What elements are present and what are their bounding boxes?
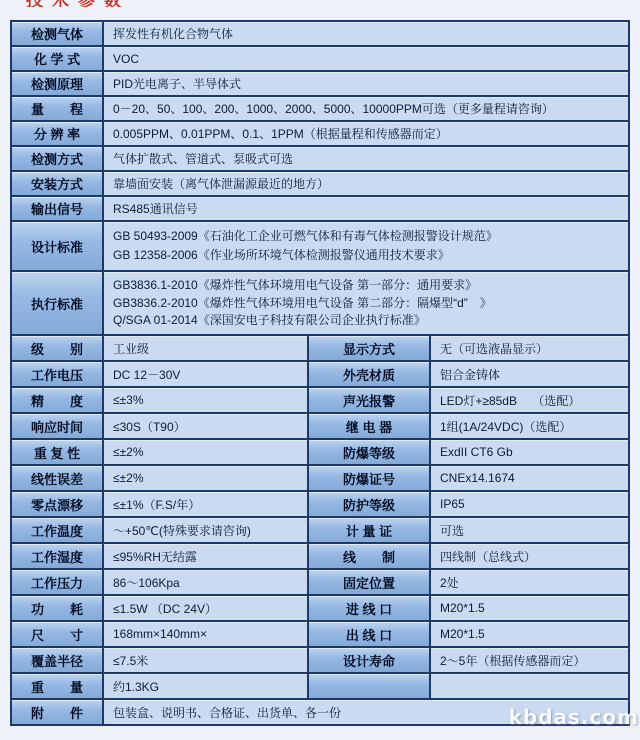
spec-value-cell: 可选: [431, 518, 628, 542]
spec-row: 检测原理PID光电离子、半导体式: [12, 72, 628, 95]
spec-row: 响应时间≤30S（T90）继 电 器1组(1A/24VDC)（选配）: [12, 414, 628, 438]
spec-label-cell: 量 程: [12, 97, 102, 120]
spec-value-cell: ～+50℃(特殊要求请咨询): [104, 518, 307, 542]
spec-row: 尺 寸168mm×140mm×出 线 口M20*1.5: [12, 622, 628, 646]
spec-value-cell: 工业级: [104, 336, 307, 360]
spec-value-cell: PID光电离子、半导体式: [104, 72, 628, 95]
spec-label-cell: 外壳材质: [309, 362, 429, 386]
spec-value-cell: GB 50493-2009《石油化工企业可燃气体和有毒气体检测报警设计规范》GB…: [104, 222, 628, 270]
page-heading-text: 技术参数: [26, 0, 246, 7]
spec-label-cell: 声光报警: [309, 388, 429, 412]
spec-value-line: GB 12358-2006《作业场所环境气体检测报警仪通用技术要求》: [113, 248, 450, 263]
spec-row: 输出信号RS485通讯信号: [12, 197, 628, 220]
spec-row: 功 耗≤1.5W （DC 24V）进 线 口M20*1.5: [12, 596, 628, 620]
spec-label-cell: 线 制: [309, 544, 429, 568]
spec-value-cell: CNEx14.1674: [431, 466, 628, 490]
spec-value-cell: 86～106Kpa: [104, 570, 307, 594]
spec-row: 工作温度～+50℃(特殊要求请咨询)计 量 证可选: [12, 518, 628, 542]
spec-label-cell: 工作压力: [12, 570, 102, 594]
spec-row: 工作压力86～106Kpa固定位置2处: [12, 570, 628, 594]
spec-value-cell: ≤1.5W （DC 24V）: [104, 596, 307, 620]
spec-label-cell: 安装方式: [12, 172, 102, 195]
spec-row: 精 度≤±3%声光报警LED灯+≥85dB （选配）: [12, 388, 628, 412]
spec-value-cell: ≤±2%: [104, 466, 307, 490]
spec-label-cell: 工作温度: [12, 518, 102, 542]
spec-label-cell: 工作湿度: [12, 544, 102, 568]
spec-row: 重 复 性≤±2%防爆等级ExdII CT6 Gb: [12, 440, 628, 464]
spec-label-cell: 响应时间: [12, 414, 102, 438]
spec-value-cell: ≤±2%: [104, 440, 307, 464]
watermark: kbdas.com: [509, 705, 639, 729]
spec-value-cell: DC 12－30V: [104, 362, 307, 386]
spec-table: 检测气体挥发性有机化合物气体化 学 式VOC检测原理PID光电离子、半导体式量 …: [10, 20, 630, 726]
spec-value-cell: 挥发性有机化合物气体: [104, 22, 628, 45]
spec-label-cell: 继 电 器: [309, 414, 429, 438]
spec-label-cell: 分 辨 率: [12, 122, 102, 145]
spec-row: 级 别工业级显示方式无（可选液晶显示）: [12, 336, 628, 360]
spec-value-cell: ≤30S（T90）: [104, 414, 307, 438]
spec-value-line: GB3836.1-2010《爆炸性气体环境用电气设备 第一部分：通用要求》: [113, 278, 477, 293]
spec-value-cell: 无（可选液晶显示）: [431, 336, 628, 360]
spec-value-cell: 0.005PPM、0.01PPM、0.1、1PPM（根据量程和传感器而定）: [104, 122, 628, 145]
spec-label-cell: 线性误差: [12, 466, 102, 490]
spec-label-cell: 尺 寸: [12, 622, 102, 646]
spec-value-line: Q/SGA 01-2014《深国安电子科技有限公司企业执行标准》: [113, 313, 426, 328]
spec-value-cell: 0－20、50、100、200、1000、2000、5000、10000PPM可…: [104, 97, 628, 120]
spec-row: 线性误差≤±2%防爆证号CNEx14.1674: [12, 466, 628, 490]
spec-label-cell: 显示方式: [309, 336, 429, 360]
spec-value-cell: 靠墙面安装（离气体泄漏源最近的地方）: [104, 172, 628, 195]
spec-value-cell: VOC: [104, 47, 628, 70]
spec-row: 执行标准GB3836.1-2010《爆炸性气体环境用电气设备 第一部分：通用要求…: [12, 272, 628, 334]
spec-value-cell: 四线制（总线式）: [431, 544, 628, 568]
spec-value-cell: ExdII CT6 Gb: [431, 440, 628, 464]
spec-row: 分 辨 率0.005PPM、0.01PPM、0.1、1PPM（根据量程和传感器而…: [12, 122, 628, 145]
spec-label-cell: 设计标准: [12, 222, 102, 270]
spec-value-cell: 约1.3KG: [104, 674, 307, 698]
spec-row: 零点漂移≤±1%（F.S/年）防护等级IP65: [12, 492, 628, 516]
spec-label-cell: 设计寿命: [309, 648, 429, 672]
spec-value-cell: 2处: [431, 570, 628, 594]
spec-label-cell: 工作电压: [12, 362, 102, 386]
spec-row: 量 程0－20、50、100、200、1000、2000、5000、10000P…: [12, 97, 628, 120]
spec-row: 工作湿度≤95%RH无结露线 制四线制（总线式）: [12, 544, 628, 568]
spec-label-cell: 化 学 式: [12, 47, 102, 70]
spec-value-cell: 168mm×140mm×: [104, 622, 307, 646]
spec-label-cell: 计 量 证: [309, 518, 429, 542]
spec-row: 化 学 式VOC: [12, 47, 628, 70]
spec-label-cell: 防爆等级: [309, 440, 429, 464]
spec-value-cell: 铝合金铸体: [431, 362, 628, 386]
page: 技术参数 检测气体挥发性有机化合物气体化 学 式VOC检测原理PID光电离子、半…: [0, 0, 640, 740]
spec-label-cell: 进 线 口: [309, 596, 429, 620]
spec-label-cell: 重 复 性: [12, 440, 102, 464]
spec-label-cell: 检测原理: [12, 72, 102, 95]
spec-label-cell: 重 量: [12, 674, 102, 698]
spec-value-cell: 气体扩散式、管道式、泵吸式可选: [104, 147, 628, 170]
spec-value-cell: ≤7.5米: [104, 648, 307, 672]
spec-value-cell: M20*1.5: [431, 622, 628, 646]
spec-label-cell: 检测方式: [12, 147, 102, 170]
spec-row: 工作电压DC 12－30V外壳材质铝合金铸体: [12, 362, 628, 386]
spec-row: 重 量约1.3KG: [12, 674, 628, 698]
spec-row: 安装方式靠墙面安装（离气体泄漏源最近的地方）: [12, 172, 628, 195]
spec-value-cell: LED灯+≥85dB （选配）: [431, 388, 628, 412]
spec-row: 覆盖半径≤7.5米设计寿命2～5年（根据传感器而定）: [12, 648, 628, 672]
spec-value-cell: 2～5年（根据传感器而定）: [431, 648, 628, 672]
spec-value-cell: 1组(1A/24VDC)（选配）: [431, 414, 628, 438]
spec-row: 检测方式气体扩散式、管道式、泵吸式可选: [12, 147, 628, 170]
spec-label-cell: 功 耗: [12, 596, 102, 620]
spec-row: 设计标准GB 50493-2009《石油化工企业可燃气体和有毒气体检测报警设计规…: [12, 222, 628, 270]
page-heading-clipped: 技术参数: [26, 0, 246, 7]
spec-label-cell: 固定位置: [309, 570, 429, 594]
spec-label-cell: 零点漂移: [12, 492, 102, 516]
spec-value-cell: ≤95%RH无结露: [104, 544, 307, 568]
spec-value-cell: IP65: [431, 492, 628, 516]
spec-value-cell: ≤±1%（F.S/年）: [104, 492, 307, 516]
spec-value-cell: GB3836.1-2010《爆炸性气体环境用电气设备 第一部分：通用要求》GB3…: [104, 272, 628, 334]
spec-label-cell: 输出信号: [12, 197, 102, 220]
spec-label-cell: 精 度: [12, 388, 102, 412]
spec-label-cell: 出 线 口: [309, 622, 429, 646]
spec-label-cell: 防爆证号: [309, 466, 429, 490]
spec-value-cell: M20*1.5: [431, 596, 628, 620]
spec-label-cell: 覆盖半径: [12, 648, 102, 672]
spec-label-cell: 附 件: [12, 700, 102, 724]
spec-label-cell: [309, 674, 429, 698]
spec-row: 检测气体挥发性有机化合物气体: [12, 22, 628, 45]
spec-label-cell: 执行标准: [12, 272, 102, 334]
spec-value-cell: [431, 674, 628, 698]
spec-value-cell: RS485通讯信号: [104, 197, 628, 220]
spec-label-cell: 防护等级: [309, 492, 429, 516]
spec-label-cell: 级 别: [12, 336, 102, 360]
spec-label-cell: 检测气体: [12, 22, 102, 45]
spec-value-line: GB 50493-2009《石油化工企业可燃气体和有毒气体检测报警设计规范》: [113, 229, 498, 244]
spec-value-line: GB3836.2-2010《爆炸性气体环境用电气设备 第二部分：隔爆型“d” 》: [113, 296, 492, 311]
spec-value-cell: ≤±3%: [104, 388, 307, 412]
